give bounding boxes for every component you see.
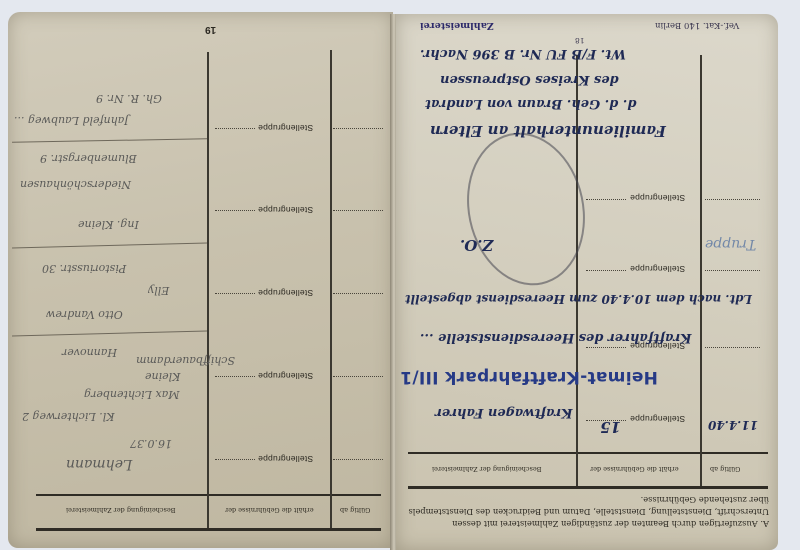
header-bescheinigung: Bescheinigung der Zahlmeisterei	[66, 506, 176, 514]
page-number-left: 19	[205, 24, 216, 35]
entry-gruppe: 15	[600, 418, 621, 436]
header-gueltig-ab: Gültig ab	[340, 506, 370, 514]
entry-text: Wt. F/B FU Nr. B 396 Nachr.	[420, 46, 626, 61]
zahlmeisterei-label: Zahlmeisterei	[420, 20, 494, 31]
header-erhaelt: erhält die Gebührnisse der	[590, 465, 679, 473]
dotted-line	[705, 199, 760, 200]
table-bottom-rule	[408, 486, 768, 489]
dotted-line	[215, 210, 255, 211]
header-divider	[700, 452, 702, 486]
entry-date: 11.4.40	[708, 418, 758, 432]
entry-text: Kraftfahrer des Heeresdienststelle ...	[420, 330, 692, 345]
entry-text: Familienunterhalt an Eltern	[430, 122, 666, 140]
stellengruppe-label: Stellengruppe	[630, 193, 685, 203]
table-bottom-rule	[36, 528, 381, 531]
stellengruppe-label: Stellengruppe	[258, 371, 313, 381]
stellengruppe-label: Stellengruppe	[258, 288, 313, 298]
stellengruppe-label: Stellengruppe	[258, 454, 313, 464]
dotted-line	[333, 459, 383, 460]
handwritten-address: Schiffbauerdamm	[136, 354, 235, 367]
dotted-line	[705, 347, 760, 348]
entry-text: Kraftwagen Fahrer	[435, 405, 572, 420]
handwritten-address: Elly	[148, 284, 169, 297]
handwritten-address: Jahnfeld Laubweg ...	[14, 114, 129, 127]
handwritten-address: Niederschönhausen	[20, 178, 131, 191]
dotted-line	[215, 376, 255, 377]
publisher-mark: Vef.-Kat. 140 Berlin	[655, 20, 739, 30]
header-divider	[576, 452, 578, 486]
entry-note: Ldt. nach dem 10.4.40 zum Heeresdienst a…	[405, 292, 752, 306]
dotted-line	[333, 293, 383, 294]
header-gueltig-ab: Gültig ab	[710, 465, 740, 473]
header-bescheinigung: Bescheinigung der Zahlmeisterei	[432, 465, 542, 473]
instructions-text: A. Auszufertigen durch Beamten der zustä…	[404, 494, 769, 530]
entry-text: Truppe	[705, 236, 756, 252]
handwritten-address: Hannover	[62, 346, 117, 359]
signature: Z.O.	[460, 236, 493, 254]
stellengruppe-label: Stellengruppe	[630, 414, 685, 424]
right-column-divider-2	[700, 55, 702, 489]
left-column-divider-2	[330, 50, 332, 494]
handwritten-address: Kleine	[145, 370, 180, 383]
stellengruppe-label: Stellengruppe	[258, 205, 313, 215]
left-column-divider-1	[207, 52, 209, 494]
entry-text: des Kreises Ostpreussen	[440, 72, 619, 87]
header-divider	[207, 494, 209, 528]
dotted-line	[333, 128, 383, 129]
handwritten-address: Max Lichtenberg	[84, 388, 179, 401]
dotted-line	[215, 293, 255, 294]
table-header-rule	[408, 452, 768, 454]
handwritten-address: Blumenbergstr. 9	[40, 152, 137, 165]
dotted-line	[333, 376, 383, 377]
page-number-right: 18	[575, 36, 585, 45]
handwritten-address: Kl. Lichterweg 2	[22, 410, 114, 423]
header-divider	[330, 494, 332, 528]
dotted-line	[586, 199, 626, 200]
dotted-line	[333, 210, 383, 211]
dotted-line	[215, 128, 255, 129]
handwritten-date: 16.0.37	[130, 437, 172, 450]
right-column-divider-1	[576, 55, 578, 489]
handwritten-address: Gh. R. Nr. 9	[96, 92, 162, 105]
stellengruppe-label: Stellengruppe	[630, 264, 685, 274]
handwritten-address: Otto Vandrew	[46, 308, 123, 321]
handwritten-name: Lehmann	[66, 456, 132, 472]
dotted-line	[586, 347, 626, 348]
handwritten-address: Pistoriusstr. 30	[42, 262, 126, 275]
dotted-line	[705, 270, 760, 271]
handwritten-address: Ing. Kleine	[78, 218, 139, 231]
header-erhaelt: erhält die Gebührnisse der	[225, 506, 314, 514]
entry-text: d. d. Geh. Braun von Landrat	[425, 96, 636, 111]
dotted-line	[586, 270, 626, 271]
dotted-line	[215, 459, 255, 460]
stellengruppe-label: Stellengruppe	[258, 123, 313, 133]
heimat-kraftfahrpark-stamp: Heimat-Kraftfahrpark III/1	[400, 367, 658, 387]
